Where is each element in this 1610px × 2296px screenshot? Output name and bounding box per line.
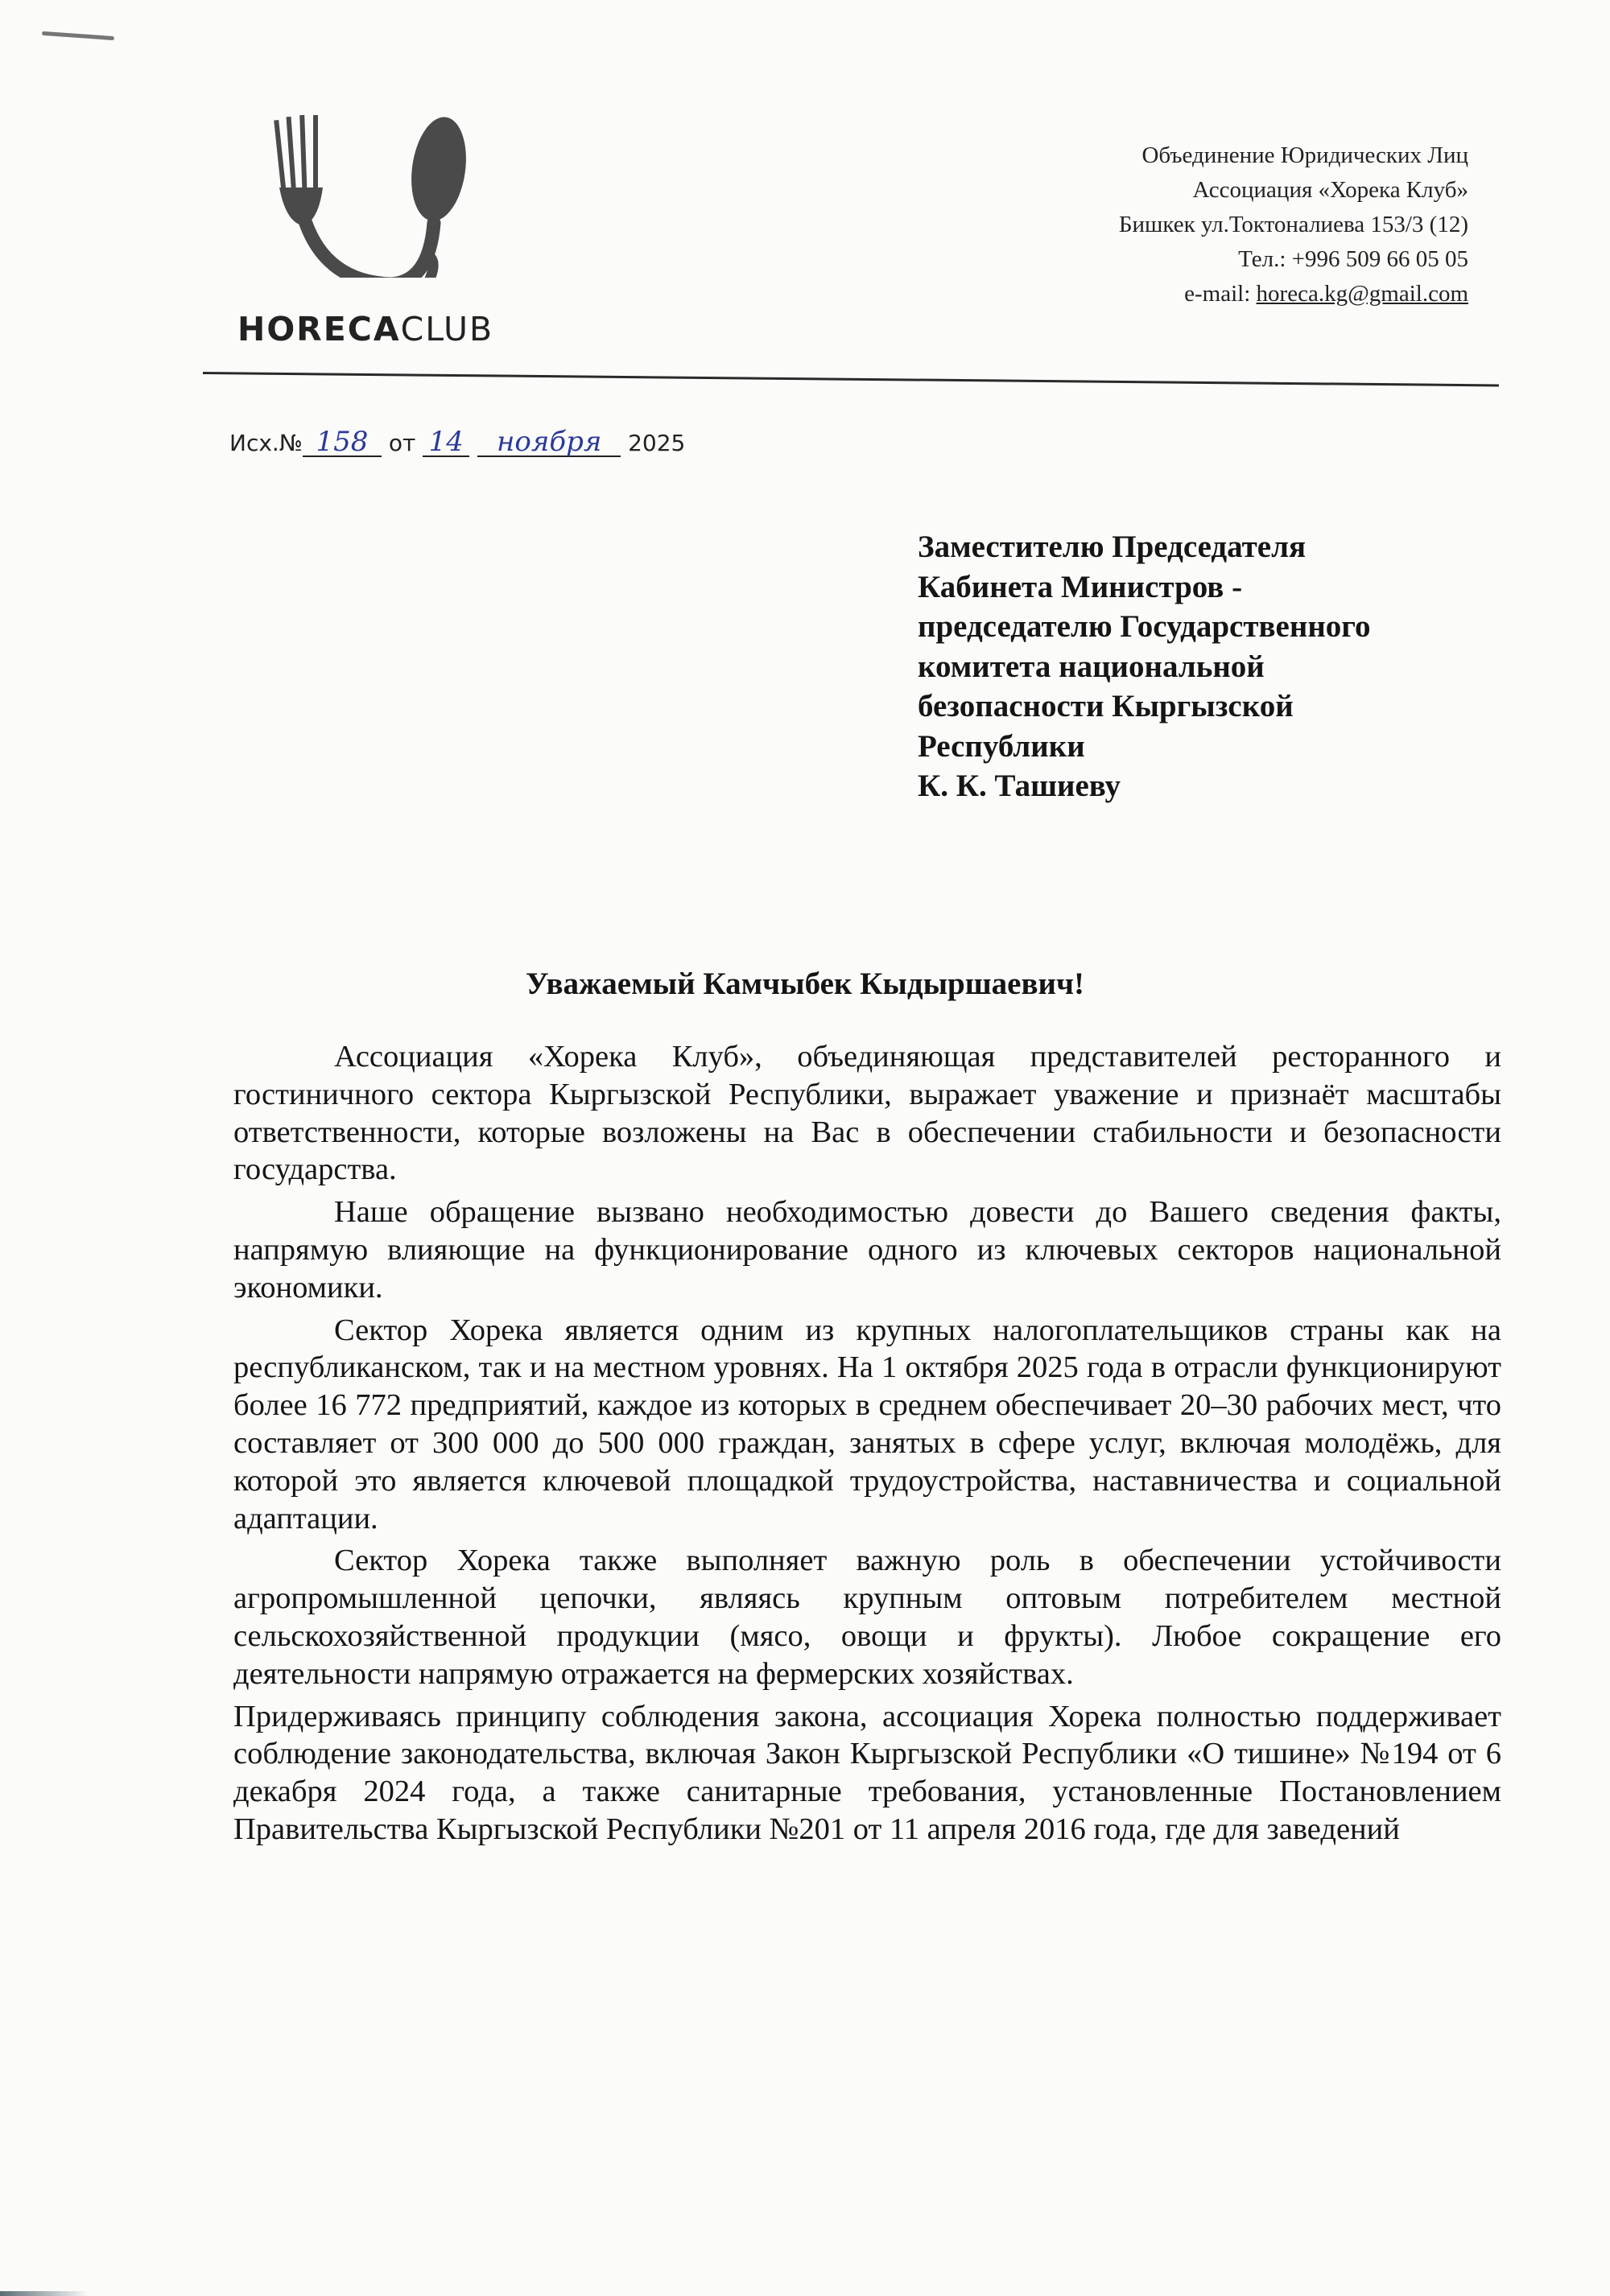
addressee-name: К. К. Ташиеву [918,766,1371,806]
outgoing-reference: Исх.№158 от 14ноября 2025 [229,428,685,457]
addressee-line: Республики [918,727,1371,767]
organization-contact-block: Объединение Юридических Лиц Ассоциация «… [1119,138,1468,311]
org-name: Ассоциация «Хорека Клуб» [1119,173,1468,208]
body-paragraph: Ассоциация «Хорека Клуб», объединяющая п… [233,1038,1501,1189]
outgoing-prefix: Исх.№ [229,430,303,456]
logo-wordmark: HORECACLUB [237,310,493,348]
email-label: e-mail: [1184,281,1256,307]
addressee-line: Кабинета Министров - [918,567,1371,608]
email-link[interactable]: horeca.kg@gmail.com [1257,281,1468,307]
body-paragraph: Сектор Хорека является одним из крупных … [233,1312,1501,1538]
body-paragraph: Наше обращение вызвано необходимостью до… [233,1193,1501,1306]
fork-spoon-icon [237,93,471,278]
org-email-line: e-mail: horeca.kg@gmail.com [1119,277,1468,311]
scan-artifact-mark [42,31,114,40]
addressee-line: комитета национальной [918,647,1371,687]
horeca-club-logo: HORECACLUB [237,93,471,310]
letter-page: HORECACLUB Объединение Юридических Лиц А… [0,0,1610,2296]
outgoing-month-handwritten: ноября [477,428,621,457]
logo-wordmark-bold: HORECA [237,310,401,348]
salutation: Уважаемый Камчыбек Кыдыршаевич! [0,966,1610,1002]
outgoing-number-handwritten: 158 [303,428,382,457]
body-paragraph: Сектор Хорека также выполняет важную рол… [233,1542,1501,1692]
logo-wordmark-light: CLUB [401,310,494,348]
org-phone: Тел.: +996 509 66 05 05 [1119,242,1468,277]
body-paragraph: Придерживаясь принципу соблюдения закона… [233,1698,1501,1849]
org-legal-form: Объединение Юридических Лиц [1119,138,1468,173]
addressee-line: безопасности Кыргызской [918,686,1371,727]
addressee-line: Заместителю Председателя [918,527,1371,567]
outgoing-from-label: от [389,430,415,456]
addressee-block: Заместителю Председателя Кабинета Минист… [918,527,1371,806]
org-address: Бишкек ул.Токтоналиева 153/3 (12) [1119,208,1468,242]
letter-body: Ассоциация «Хорека Клуб», объединяющая п… [233,1038,1501,1853]
letterhead-divider [203,372,1499,386]
addressee-line: председателю Государственного [918,607,1371,647]
outgoing-day-handwritten: 14 [423,428,469,457]
scan-edge-artifact [0,2291,89,2296]
outgoing-year: 2025 [628,430,685,456]
